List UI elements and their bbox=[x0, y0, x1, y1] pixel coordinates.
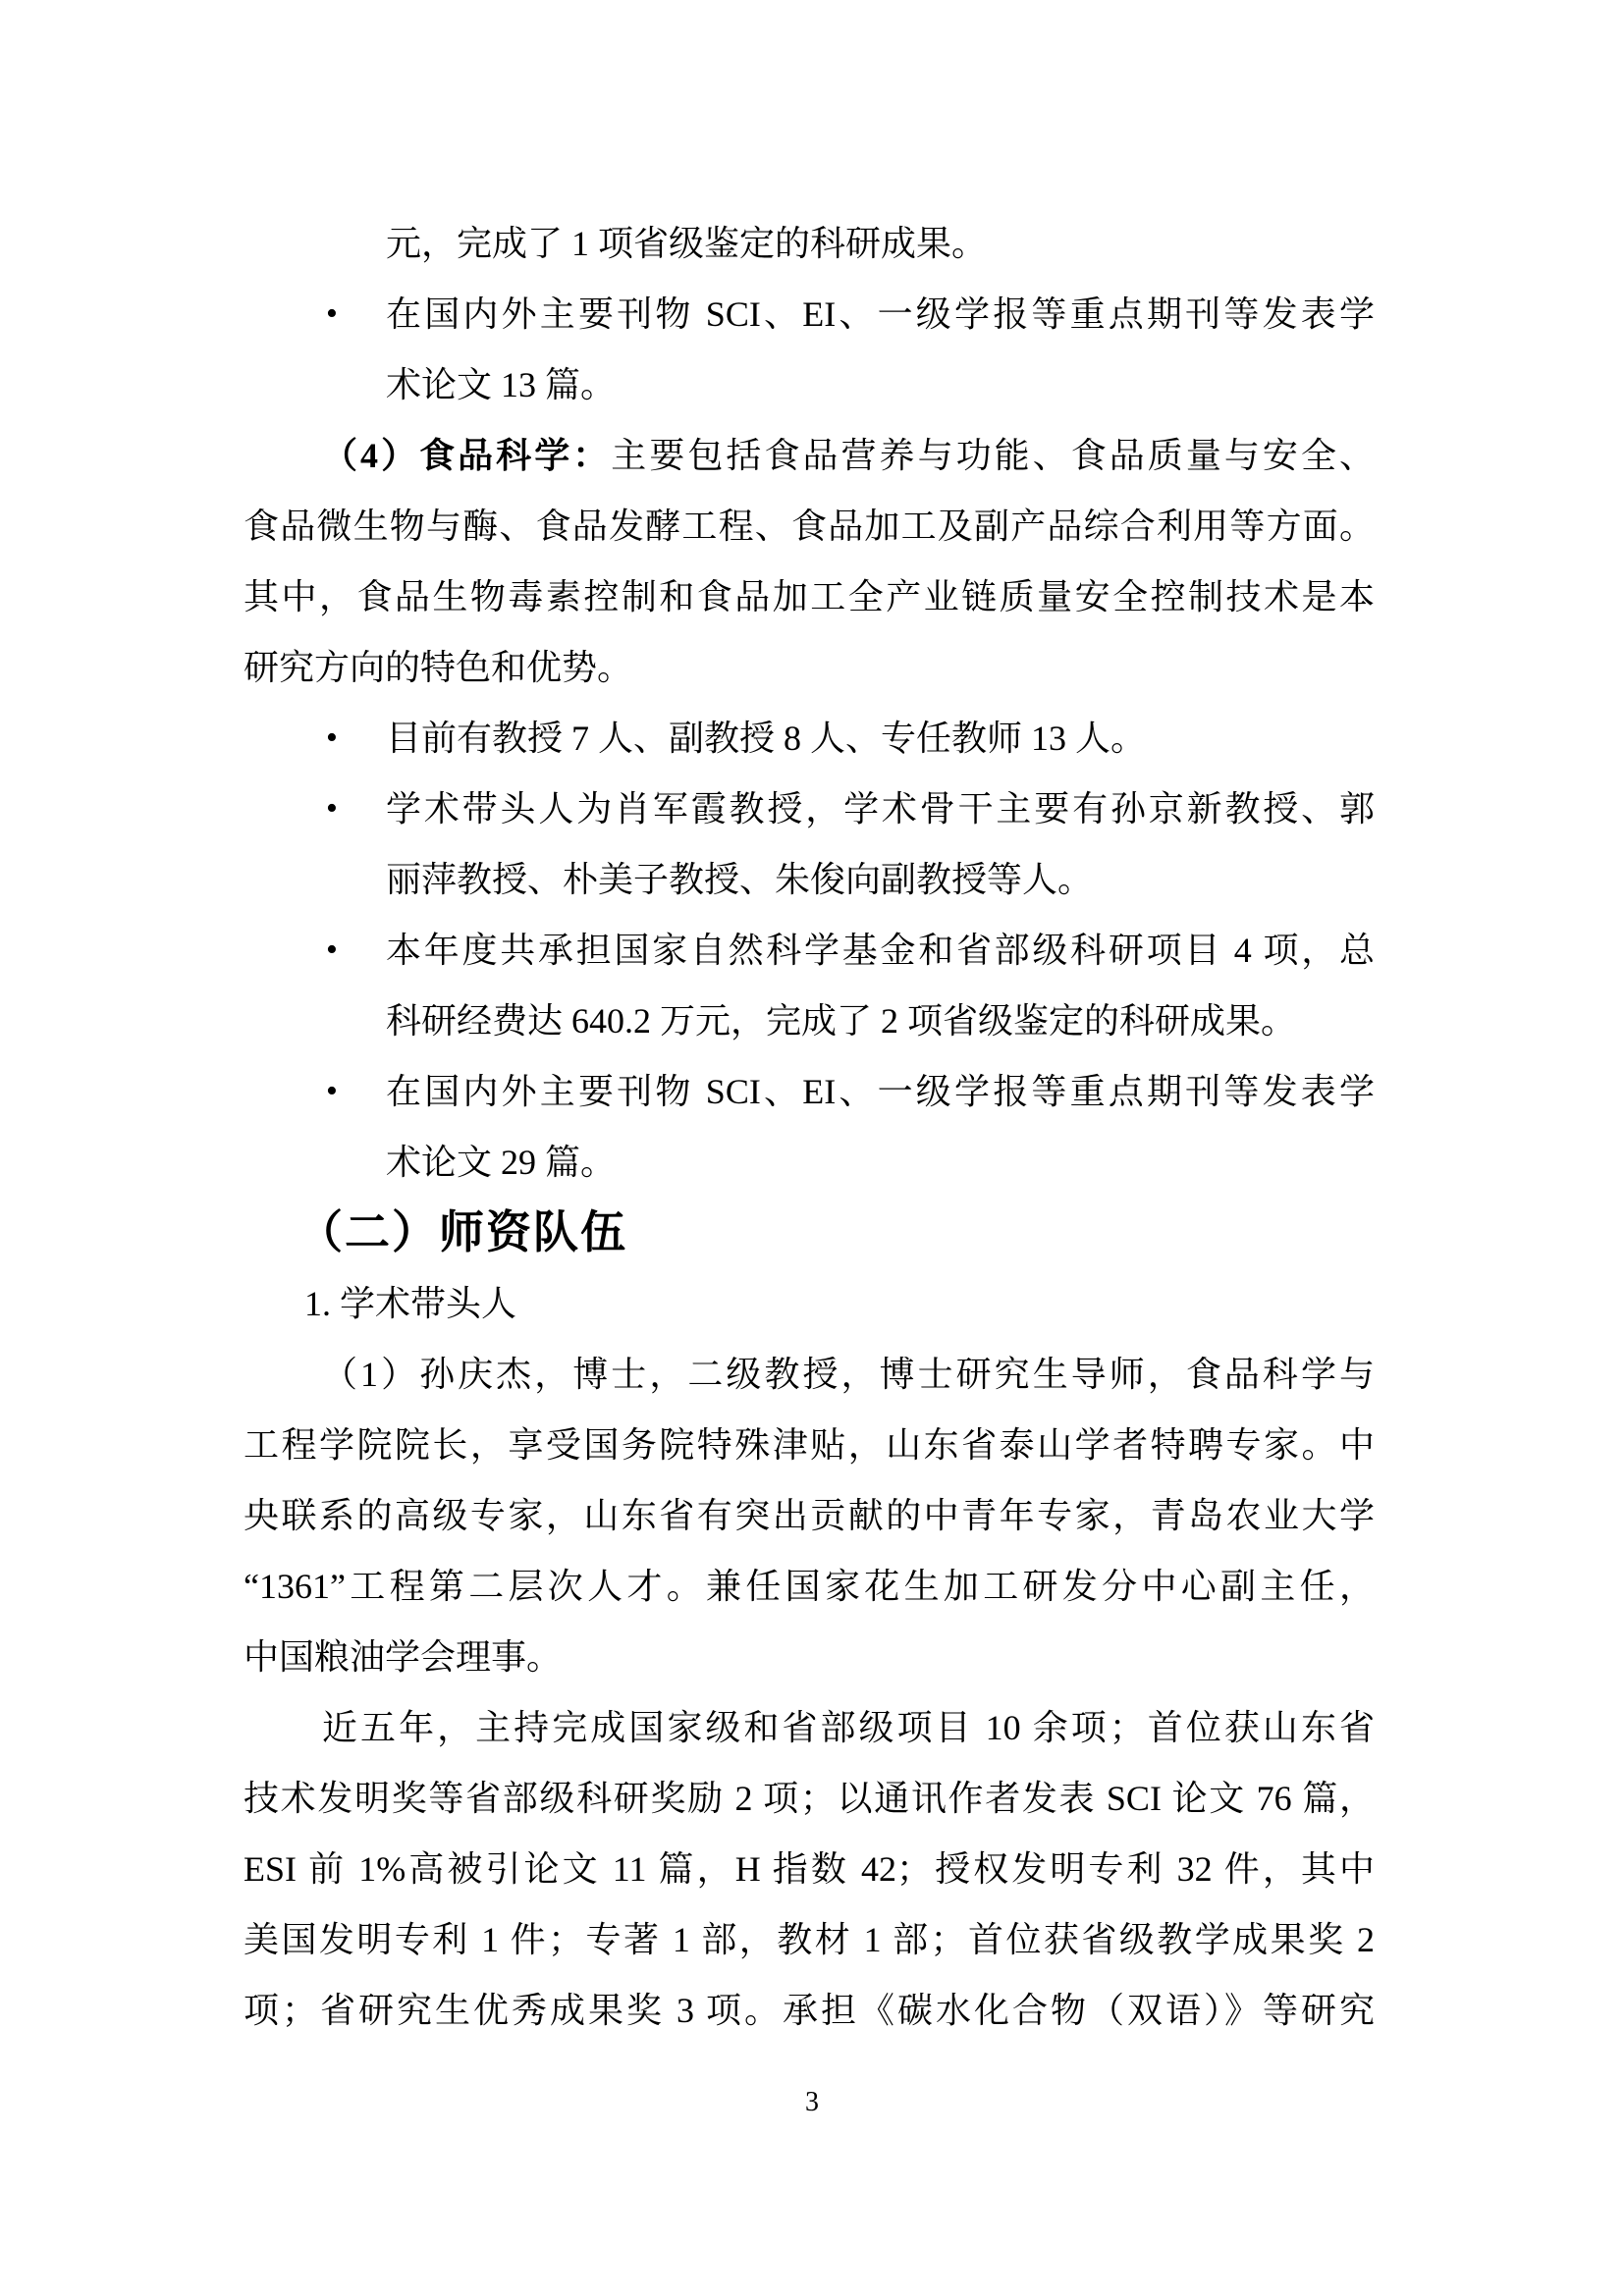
paragraph-line: ESI 前 1%高被引论文 11 篇，H 指数 42；授权发明专利 32 件，其… bbox=[244, 1834, 1375, 1904]
bullet-item: •目前有教授 7 人、副教授 8 人、专任教师 13 人。 bbox=[244, 703, 1375, 774]
paragraph-line: 近五年，主持完成国家级和省部级项目 10 余项；首位获山东省 bbox=[244, 1692, 1375, 1763]
paragraph-line: 美国发明专利 1 件；专著 1 部，教材 1 部；首位获省级教学成果奖 2 bbox=[244, 1904, 1375, 1975]
bullet-item-text: 本年度共承担国家自然科学基金和省部级科研项目 4 项，总 bbox=[386, 931, 1375, 970]
paragraph-line: 工程学院院长，享受国务院特殊津贴，山东省泰山学者特聘专家。中 bbox=[244, 1410, 1375, 1480]
paragraph-line: （4）食品科学：主要包括食品营养与功能、食品质量与安全、 bbox=[244, 420, 1375, 491]
bullet-item-text: 在国内外主要刊物 SCI、EI、一级学报等重点期刊等发表学 bbox=[386, 294, 1375, 334]
bullet-item-text: 学术带头人为肖军霞教授，学术骨干主要有孙京新教授、郭 bbox=[386, 789, 1375, 828]
subsection-heading: 1. 学术带头人 bbox=[244, 1268, 1375, 1339]
bullet-item: •在国内外主要刊物 SCI、EI、一级学报等重点期刊等发表学 bbox=[244, 279, 1375, 349]
paragraph-text: 主要包括食品营养与功能、食品质量与安全、 bbox=[611, 436, 1375, 475]
paragraph-line: 项；省研究生优秀成果奖 3 项。承担《碳水化合物（双语）》等研究 bbox=[244, 1975, 1375, 2046]
page-number: 3 bbox=[0, 2067, 1624, 2138]
paragraph-line: 食品微生物与酶、食品发酵工程、食品加工及副产品综合利用等方面。 bbox=[244, 491, 1375, 561]
bullet-icon: • bbox=[326, 915, 365, 986]
bullet-continuation-line: 丽萍教授、朴美子教授、朱俊向副教授等人。 bbox=[244, 844, 1375, 915]
bullet-icon: • bbox=[326, 279, 365, 349]
bullet-continuation-line: 元，完成了 1 项省级鉴定的科研成果。 bbox=[244, 208, 1375, 279]
paragraph-line: 央联系的高级专家，山东省有突出贡献的中青年专家，青岛农业大学 bbox=[244, 1480, 1375, 1551]
bullet-icon: • bbox=[326, 774, 365, 844]
paragraph-lead-label: （4）食品科学： bbox=[322, 436, 611, 475]
paragraph-line: 技术发明奖等省部级科研奖励 2 项；以通讯作者发表 SCI 论文 76 篇， bbox=[244, 1763, 1375, 1834]
bullet-item-text: 目前有教授 7 人、副教授 8 人、专任教师 13 人。 bbox=[386, 719, 1146, 758]
bullet-continuation-line: 科研经费达 640.2 万元，完成了 2 项省级鉴定的科研成果。 bbox=[244, 986, 1375, 1056]
paragraph-line: 其中，食品生物毒素控制和食品加工全产业链质量安全控制技术是本 bbox=[244, 561, 1375, 632]
paragraph-line: “1361”工程第二层次人才。兼任国家花生加工研发分中心副主任， bbox=[244, 1551, 1375, 1622]
bullet-item: •在国内外主要刊物 SCI、EI、一级学报等重点期刊等发表学 bbox=[244, 1056, 1375, 1127]
paragraph-line: 研究方向的特色和优势。 bbox=[244, 632, 1375, 703]
bullet-icon: • bbox=[326, 703, 365, 774]
paragraph-line: 中国粮油学会理事。 bbox=[244, 1622, 1375, 1692]
document-page: { "doc": { "lines": [ { "text": "元，完成了 1… bbox=[0, 0, 1624, 2296]
document-canvas: 元，完成了 1 项省级鉴定的科研成果。 •在国内外主要刊物 SCI、EI、一级学… bbox=[0, 0, 1624, 2296]
bullet-icon: • bbox=[326, 1056, 365, 1127]
bullet-continuation-line: 术论文 13 篇。 bbox=[244, 349, 1375, 420]
bullet-item: •学术带头人为肖军霞教授，学术骨干主要有孙京新教授、郭 bbox=[244, 774, 1375, 844]
paragraph-line: （1）孙庆杰，博士，二级教授，博士研究生导师，食品科学与 bbox=[244, 1339, 1375, 1410]
bullet-item: •本年度共承担国家自然科学基金和省部级科研项目 4 项，总 bbox=[244, 915, 1375, 986]
bullet-item-text: 在国内外主要刊物 SCI、EI、一级学报等重点期刊等发表学 bbox=[386, 1072, 1375, 1111]
section-heading: （二）师资队伍 bbox=[244, 1198, 1375, 1268]
document-body: 元，完成了 1 项省级鉴定的科研成果。 •在国内外主要刊物 SCI、EI、一级学… bbox=[244, 208, 1375, 2046]
bullet-continuation-line: 术论文 29 篇。 bbox=[244, 1127, 1375, 1198]
